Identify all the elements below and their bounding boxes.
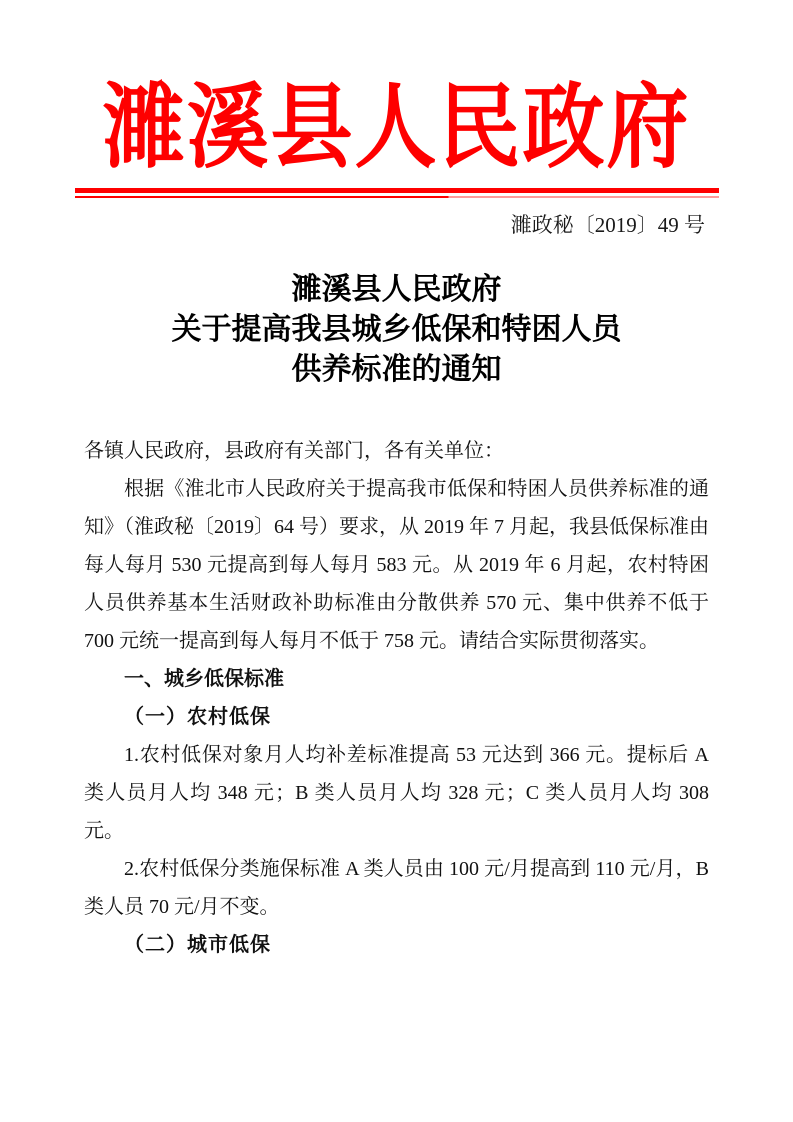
document-body: 各镇人民政府，县政府有关部门，各有关单位： 根据《淮北市人民政府关于提高我市低保… (0, 432, 793, 964)
document-title-line-1: 濉溪县人民政府 (0, 270, 793, 310)
section-heading-urban-rural-standards: 一、城乡低保标准 (84, 660, 709, 698)
document-title-line-2: 关于提高我县城乡低保和特困人员 (0, 310, 793, 350)
subsection-heading-urban-diebao: （二）城市低保 (84, 926, 709, 964)
subsection-heading-rural-diebao: （一）农村低保 (84, 698, 709, 736)
document-page: 濉溪县人民政府 濉政秘〔2019〕49 号 濉溪县人民政府 关于提高我县城乡低保… (0, 0, 793, 1122)
government-masthead: 濉溪县人民政府 (0, 83, 793, 175)
red-separator-thin-line (75, 196, 719, 198)
salutation: 各镇人民政府，县政府有关部门，各有关单位： (84, 432, 709, 470)
intro-paragraph: 根据《淮北市人民政府关于提高我市低保和特困人员供养标准的通知》（淮政秘〔2019… (84, 470, 709, 660)
document-title: 濉溪县人民政府 关于提高我县城乡低保和特困人员 供养标准的通知 (0, 270, 793, 390)
document-number: 濉政秘〔2019〕49 号 (0, 212, 793, 238)
item-1-rural-standard: 1.农村低保对象月人均补差标准提高 53 元达到 366 元。提标后 A 类人员… (84, 736, 709, 850)
red-separator-line (75, 188, 719, 198)
item-2-rural-classified-standard: 2.农村低保分类施保标准 A 类人员由 100 元/月提高到 110 元/月，B… (84, 850, 709, 926)
document-title-line-3: 供养标准的通知 (0, 350, 793, 390)
